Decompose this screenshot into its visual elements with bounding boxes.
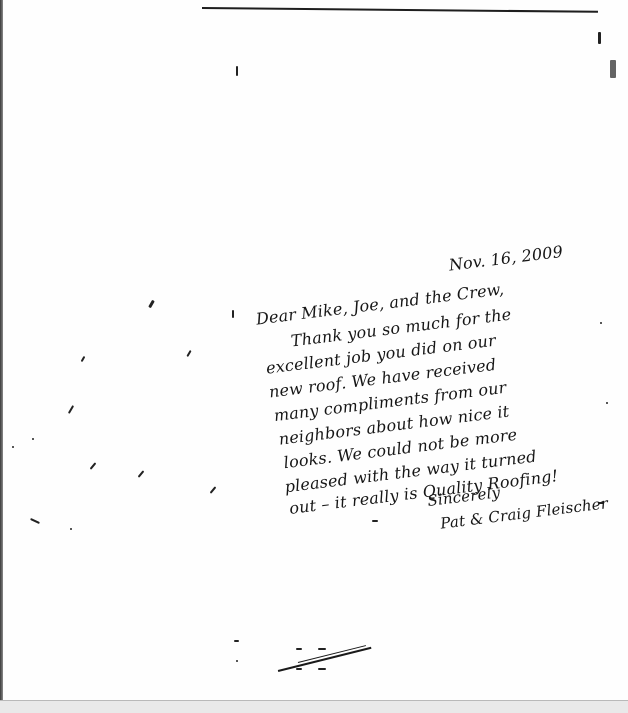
- scanned-page: Nov. 16, 2009 Dear Mike, Joe, and the Cr…: [0, 0, 628, 713]
- top-rule-line: [202, 7, 598, 13]
- scan-left-edge: [0, 0, 3, 713]
- letter-date: Nov. 16, 2009: [448, 242, 564, 275]
- handwritten-letter: Nov. 16, 2009 Dear Mike, Joe, and the Cr…: [250, 227, 597, 270]
- scan-bottom-strip: [0, 700, 628, 713]
